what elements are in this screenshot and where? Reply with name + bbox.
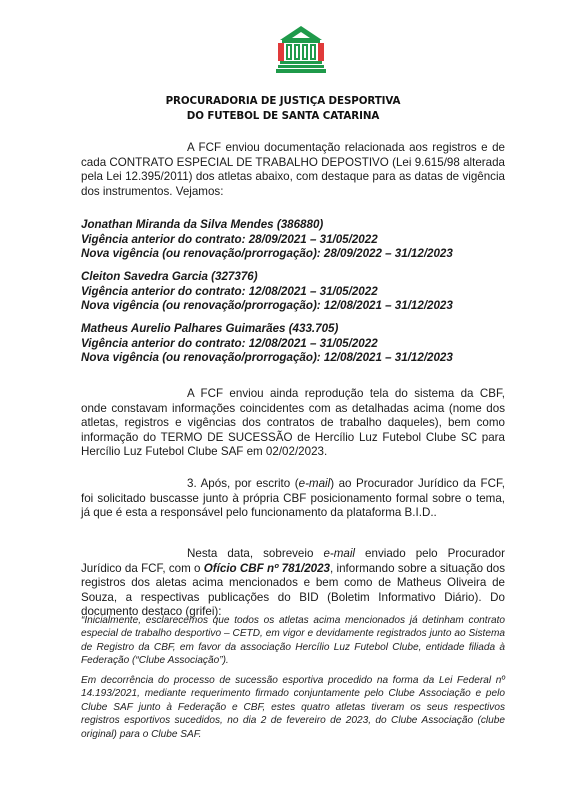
header-line-2: DO FUTEBOL DE SANTA CATARINA — [0, 109, 566, 124]
header-line-1: PROCURADORIA DE JUSTIÇA DESPORTIVA — [0, 94, 566, 109]
athlete-previous-term: Vigência anterior do contrato: 12/08/202… — [81, 285, 511, 300]
document-header: PROCURADORIA DE JUSTIÇA DESPORTIVA DO FU… — [0, 94, 566, 124]
courthouse-columns-icon — [276, 23, 326, 73]
athlete-name: Jonathan Miranda da Silva Mendes (386880… — [81, 218, 511, 233]
paragraph-1: A FCF enviou documentação relacionada ao… — [81, 141, 505, 199]
athlete-name: Cleiton Savedra Garcia (327376) — [81, 270, 511, 285]
athlete-new-term: Nova vigência (ou renovação/prorrogação)… — [81, 247, 511, 262]
oficio-reference: Ofício CBF nº 781/2023 — [204, 562, 330, 575]
paragraph-1-text: A FCF enviou documentação relacionada ao… — [81, 141, 505, 198]
paragraph-3-emphasis: e-mail — [299, 477, 331, 490]
athlete-previous-term: Vigência anterior do contrato: 28/09/202… — [81, 233, 511, 248]
paragraph-4-emphasis: e-mail — [323, 547, 355, 560]
document-page: PROCURADORIA DE JUSTIÇA DESPORTIVA DO FU… — [0, 0, 566, 800]
athlete-new-term: Nova vigência (ou renovação/prorrogação)… — [81, 299, 511, 314]
athlete-name: Matheus Aurelio Palhares Guimarães (433.… — [81, 322, 511, 337]
quote-2: Em decorrência do processo de sucessão e… — [81, 674, 505, 741]
athlete-new-term: Nova vigência (ou renovação/prorrogação)… — [81, 351, 511, 366]
athlete-block-3: Matheus Aurelio Palhares Guimarães (433.… — [81, 322, 511, 366]
athlete-block-1: Jonathan Miranda da Silva Mendes (386880… — [81, 218, 511, 262]
quote-1: “Inicialmente, esclarecemos que todos os… — [81, 614, 505, 668]
paragraph-4: Nesta data, sobreveio e-mail enviado pel… — [81, 547, 505, 620]
paragraph-4-text-a: Nesta data, sobreveio — [187, 547, 323, 560]
paragraph-3-text-a: 3. Após, por escrito ( — [187, 477, 299, 490]
paragraph-3: 3. Após, por escrito (e-mail) ao Procura… — [81, 477, 505, 521]
athlete-block-2: Cleiton Savedra Garcia (327376) Vigência… — [81, 270, 511, 314]
paragraph-2: A FCF enviou ainda reprodução tela do si… — [81, 387, 505, 460]
paragraph-2-text: A FCF enviou ainda reprodução tela do si… — [81, 387, 505, 458]
athlete-previous-term: Vigência anterior do contrato: 12/08/202… — [81, 337, 511, 352]
